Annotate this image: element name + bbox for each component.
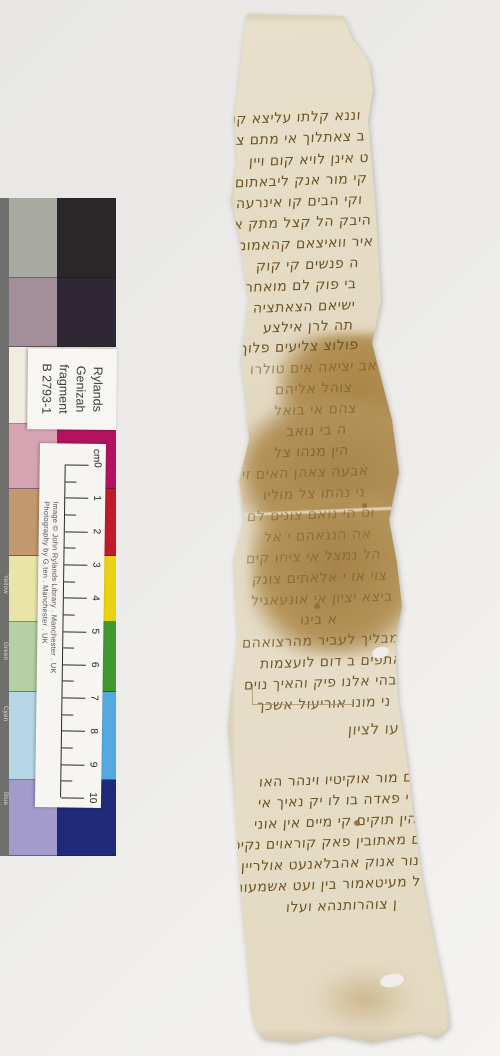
parchment-surface: וננא קלתו עליצא קולבב צאתלוך אי מתם צלי … <box>222 8 457 1048</box>
ruler-tick-minor <box>62 714 73 715</box>
ruler-number: 3 <box>90 562 101 568</box>
chart-edge-strip <box>0 198 9 856</box>
ruler-tick-major <box>62 764 85 765</box>
color-chart-row <box>9 278 116 347</box>
fragment-id-label: Rylands Genizah fragment B 2793-1 <box>27 348 117 430</box>
id-label-line: Genizah <box>72 349 90 430</box>
ink-spot <box>314 603 320 609</box>
ruler-tick-major <box>61 797 84 798</box>
ruler-tick-minor <box>63 648 74 649</box>
ruler-tick-minor <box>64 581 75 582</box>
handwritten-line: א בינו <box>299 611 338 628</box>
handwritten-line: צהם אי בואל <box>274 401 358 420</box>
ruler-tick-major <box>64 598 87 599</box>
handwritten-line: תה לרן אילצע <box>262 317 354 336</box>
ruler-tick-major <box>63 631 86 632</box>
ruler-unit-label: cm <box>91 449 102 462</box>
ruler-tick-major <box>65 531 88 532</box>
id-label-line: fragment <box>55 348 73 429</box>
photo-canvas: YellowGreenCyanBlue Rylands Genizah frag… <box>0 0 500 1056</box>
handwritten-line: צוהל אליהם <box>275 380 354 399</box>
ruler-number: 10 <box>87 792 98 803</box>
ink-spot <box>354 820 360 826</box>
id-label-line: Rylands <box>89 349 107 430</box>
ruler-tick-minor <box>65 481 76 482</box>
handwritten-line: עו לציון <box>347 719 399 739</box>
ruler-number: 2 <box>91 529 102 535</box>
color-name-label: Yellow <box>2 575 8 594</box>
ruler-tick-major <box>62 698 85 699</box>
color-name-label: Blue <box>2 792 8 805</box>
color-patch-left <box>9 278 57 347</box>
ruler-tick-minor <box>61 781 72 782</box>
ruler-scale: cm Image © John Rylands Library . Manche… <box>35 443 106 808</box>
color-patch-right <box>57 278 116 347</box>
ruler-tick-major <box>65 498 88 499</box>
color-chart-row <box>9 198 116 278</box>
ruler-tick-major <box>62 731 85 732</box>
ruler-number: 0 <box>92 462 103 468</box>
handwritten-line: ה בי נואב <box>286 422 348 440</box>
ruler-number: 9 <box>87 762 98 768</box>
ruler-tick-minor <box>65 548 76 549</box>
manuscript-fragment: וננא קלתו עליצא קולבב צאתלוך אי מתם צלי … <box>222 8 457 1048</box>
ink-spot <box>362 503 367 508</box>
ruler-tick-major <box>63 664 86 665</box>
ruler-number: 6 <box>89 662 100 668</box>
ruler-tick-minor <box>63 681 74 682</box>
ruler-number: 5 <box>89 629 100 635</box>
ruled-corner-line <box>252 684 353 705</box>
ruler-number: 7 <box>88 695 99 701</box>
ruler-tick-major <box>66 464 89 465</box>
ruler-number: 8 <box>88 728 99 734</box>
handwritten-line: הין מנהו צל <box>274 443 350 462</box>
ruler-tick-minor <box>64 614 75 615</box>
ruler-number: 4 <box>90 595 101 601</box>
ruler-tick-minor <box>62 747 73 748</box>
color-patch-left <box>9 198 57 278</box>
ruler-number: 1 <box>91 495 102 501</box>
id-label-line: B 2793-1 <box>38 348 56 429</box>
color-name-label: Cyan <box>2 706 8 721</box>
color-patch-right <box>57 198 116 278</box>
ruler-tick-minor <box>65 514 76 515</box>
color-name-label: Green <box>2 642 8 660</box>
ruler-tick-major <box>64 564 87 565</box>
